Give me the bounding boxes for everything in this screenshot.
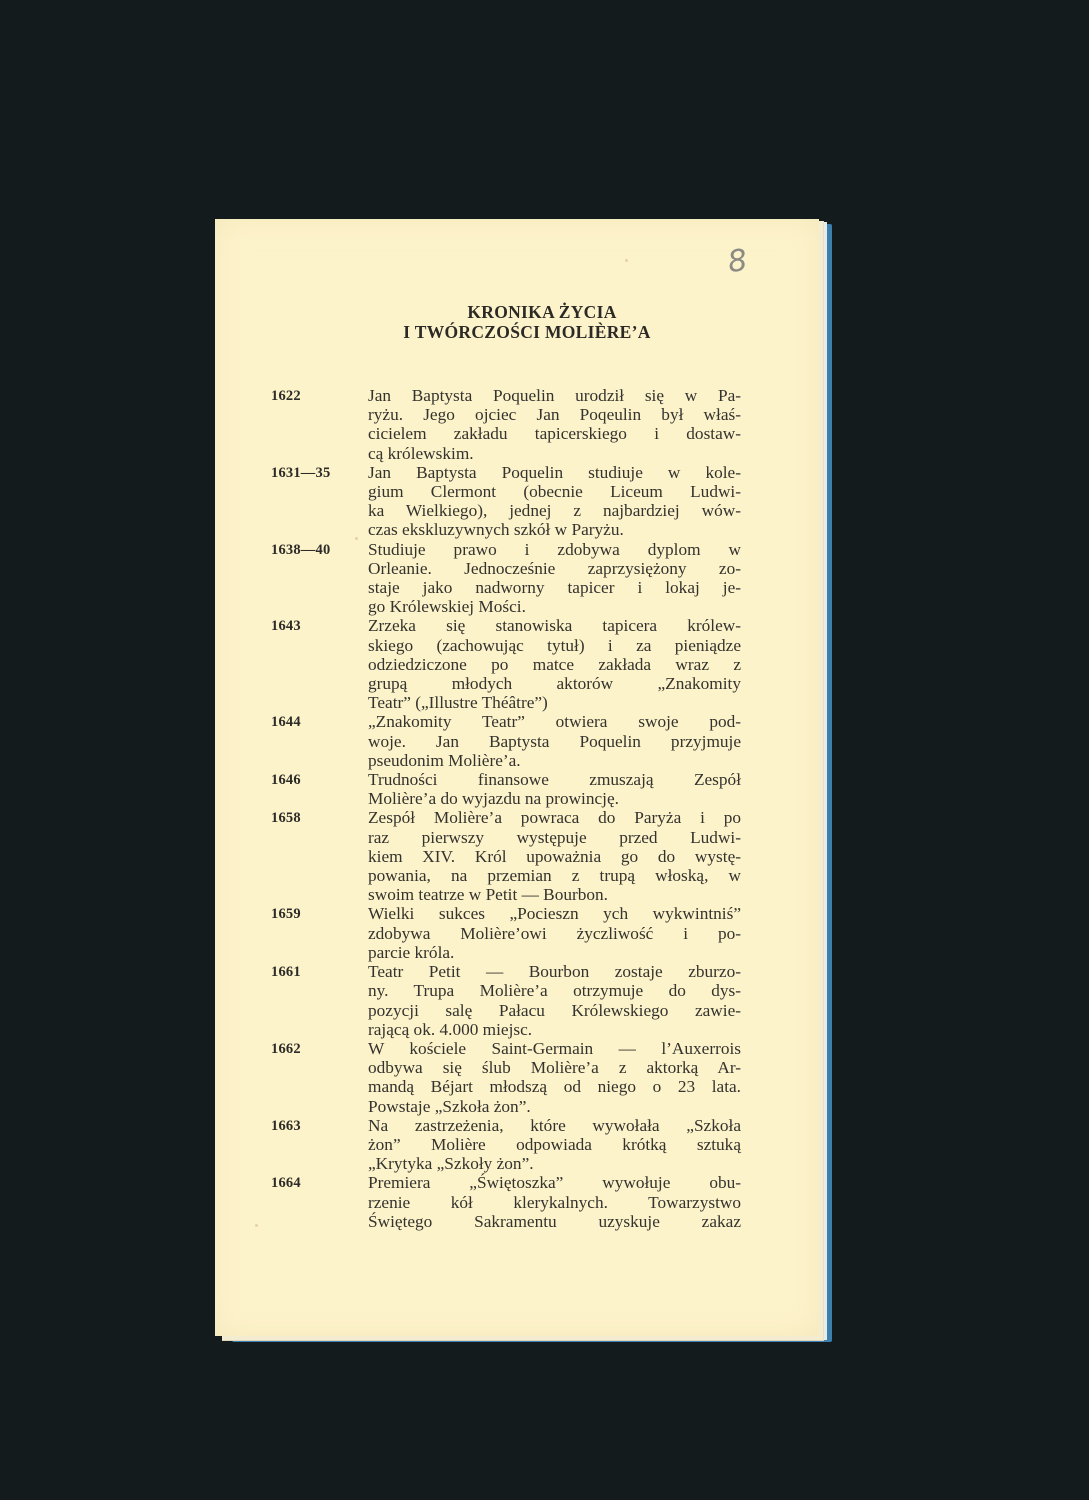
description-line: Świętego Sakramentu uzyskuje zakaz: [368, 1212, 741, 1231]
chronicle-entry: 1664Premiera „Świętoszka” wywołuje obu-r…: [271, 1173, 741, 1231]
description-line: Teatr” („Illustre Théâtre”): [368, 693, 741, 712]
chronicle-entry: 1663Na zastrzeżenia, które wywołała „Szk…: [271, 1116, 741, 1174]
entry-year: 1646: [271, 770, 368, 790]
title-line-1: KRONIKA ŻYCIA: [215, 302, 819, 322]
description-line: powania, na przemian z trupą włoską, w: [368, 866, 741, 885]
title-line-2: I TWÓRCZOŚCI MOLIÈRE’A: [215, 322, 819, 342]
chronicle-entry: 1658Zespół Molière’a powraca do Paryża i…: [271, 808, 741, 904]
description-line: ryżu. Jego ojciec Jan Poqeulin był właś-: [368, 405, 741, 424]
entry-description: Na zastrzeżenia, które wywołała „Szkołaż…: [368, 1116, 741, 1174]
entry-description: Jan Baptysta Poquelin urodził się w Pa-r…: [368, 386, 741, 463]
entry-description: Zespół Molière’a powraca do Paryża i por…: [368, 808, 741, 904]
entry-year: 1661: [271, 962, 368, 982]
description-line: „Krytyka „Szkoły żon”.: [368, 1154, 741, 1173]
description-line: W kościele Saint-Germain — l’Auxerrois: [368, 1039, 741, 1058]
entry-year: 1631—35: [271, 463, 368, 483]
entry-description: Zrzeka się stanowiska tapicera królew-sk…: [368, 616, 741, 712]
description-line: Premiera „Świętoszka” wywołuje obu-: [368, 1173, 741, 1192]
entry-description: Studiuje prawo i zdobywa dyplom wOrleani…: [368, 540, 741, 617]
description-line: staje jako nadworny tapicer i lokaj je-: [368, 578, 741, 597]
description-line: Trudności finansowe zmuszają Zespół: [368, 770, 741, 789]
description-line: Orleanie. Jednocześnie zaprzysiężony zo-: [368, 559, 741, 578]
chronicle-entry: 1646Trudności finansowe zmuszają ZespółM…: [271, 770, 741, 808]
paper-speck: [255, 1224, 258, 1227]
chronicle-entry: 1638—40Studiuje prawo i zdobywa dyplom w…: [271, 540, 741, 617]
entry-description: Premiera „Świętoszka” wywołuje obu-rzeni…: [368, 1173, 741, 1231]
description-line: swoim teatrze w Petit — Bourbon.: [368, 885, 741, 904]
entry-year: 1663: [271, 1116, 368, 1136]
entry-description: Wielki sukces „Pocieszn ych wykwintniś”z…: [368, 904, 741, 962]
entry-year: 1658: [271, 808, 368, 828]
description-line: ny. Trupa Molière’a otrzymuje do dys-: [368, 981, 741, 1000]
entry-description: Trudności finansowe zmuszają ZespółMoliè…: [368, 770, 741, 808]
chronicle-entry: 1662W kościele Saint-Germain — l’Auxerro…: [271, 1039, 741, 1116]
description-line: cą królewskim.: [368, 444, 741, 463]
description-line: Teatr Petit — Bourbon zostaje zburzo-: [368, 962, 741, 981]
description-line: cicielem zakładu tapicerskiego i dostaw-: [368, 424, 741, 443]
description-line: Na zastrzeżenia, które wywołała „Szkoła: [368, 1116, 741, 1135]
entry-description: Teatr Petit — Bourbon zostaje zburzo-ny.…: [368, 962, 741, 1039]
entry-year: 1638—40: [271, 540, 368, 560]
description-line: Studiuje prawo i zdobywa dyplom w: [368, 540, 741, 559]
description-line: raz pierwszy występuje przed Ludwi-: [368, 828, 741, 847]
description-line: mandą Béjart młodszą od niego o 23 lata.: [368, 1077, 741, 1096]
description-line: żon” Molière odpowiada krótką sztuką: [368, 1135, 741, 1154]
description-line: gium Clermont (obecnie Liceum Ludwi-: [368, 482, 741, 501]
description-line: zdobywa Molière’owi życzliwość i po-: [368, 924, 741, 943]
chronicle-list: 1622Jan Baptysta Poquelin urodził się w …: [271, 386, 741, 1231]
description-line: pseudonim Molière’a.: [368, 751, 741, 770]
entry-year: 1643: [271, 616, 368, 636]
paper-speck: [355, 537, 358, 540]
description-line: grupą młodych aktorów „Znakomity: [368, 674, 741, 693]
entry-year: 1622: [271, 386, 368, 406]
description-line: skiego (zachowując tytuł) i za pieniądze: [368, 636, 741, 655]
description-line: rzenie kół klerykalnych. Towarzystwo: [368, 1193, 741, 1212]
chronicle-entry: 1622Jan Baptysta Poquelin urodził się w …: [271, 386, 741, 463]
entry-year: 1659: [271, 904, 368, 924]
description-line: kiem XIV. Król upoważnia go do wystę-: [368, 847, 741, 866]
chronicle-entry: 1643Zrzeka się stanowiska tapicera króle…: [271, 616, 741, 712]
description-line: odziedziczone po matce zakłada wraz z: [368, 655, 741, 674]
description-line: Zrzeka się stanowiska tapicera królew-: [368, 616, 741, 635]
description-line: Molière’a do wyjazdu na prowincję.: [368, 789, 741, 808]
page-title: KRONIKA ŻYCIA I TWÓRCZOŚCI MOLIÈRE’A: [215, 302, 819, 342]
description-line: Jan Baptysta Poquelin urodził się w Pa-: [368, 386, 741, 405]
description-line: Powstaje „Szkoła żon”.: [368, 1097, 741, 1116]
entry-description: „Znakomity Teatr” otwiera swoje pod-woje…: [368, 712, 741, 770]
description-line: „Znakomity Teatr” otwiera swoje pod-: [368, 712, 741, 731]
handwritten-page-number: 8: [726, 243, 750, 280]
chronicle-entry: 1631—35Jan Baptysta Poquelin studiuje w …: [271, 463, 741, 540]
paper-speck: [625, 259, 628, 262]
entry-year: 1644: [271, 712, 368, 732]
description-line: Zespół Molière’a powraca do Paryża i po: [368, 808, 741, 827]
entry-description: W kościele Saint-Germain — l’Auxerroisod…: [368, 1039, 741, 1116]
description-line: pozycji salę Pałacu Królewskiego zawie-: [368, 1001, 741, 1020]
description-line: woje. Jan Baptysta Poquelin przyjmuje: [368, 732, 741, 751]
document-page: 8 KRONIKA ŻYCIA I TWÓRCZOŚCI MOLIÈRE’A 1…: [215, 219, 819, 1336]
chronicle-entry: 1661Teatr Petit — Bourbon zostaje zburzo…: [271, 962, 741, 1039]
entry-year: 1664: [271, 1173, 368, 1193]
description-line: rającą ok. 4.000 miejsc.: [368, 1020, 741, 1039]
description-line: ka Wielkiego), jednej z najbardziej wów-: [368, 501, 741, 520]
description-line: go Królewskiej Mości.: [368, 597, 741, 616]
description-line: parcie króla.: [368, 943, 741, 962]
chronicle-entry: 1644„Znakomity Teatr” otwiera swoje pod-…: [271, 712, 741, 770]
description-line: czas ekskluzywnych szkół w Paryżu.: [368, 520, 741, 539]
description-line: odbywa się ślub Molière’a z aktorką Ar-: [368, 1058, 741, 1077]
description-line: Jan Baptysta Poquelin studiuje w kole-: [368, 463, 741, 482]
description-line: Wielki sukces „Pocieszn ych wykwintniś”: [368, 904, 741, 923]
entry-year: 1662: [271, 1039, 368, 1059]
chronicle-entry: 1659Wielki sukces „Pocieszn ych wykwintn…: [271, 904, 741, 962]
entry-description: Jan Baptysta Poquelin studiuje w kole-gi…: [368, 463, 741, 540]
